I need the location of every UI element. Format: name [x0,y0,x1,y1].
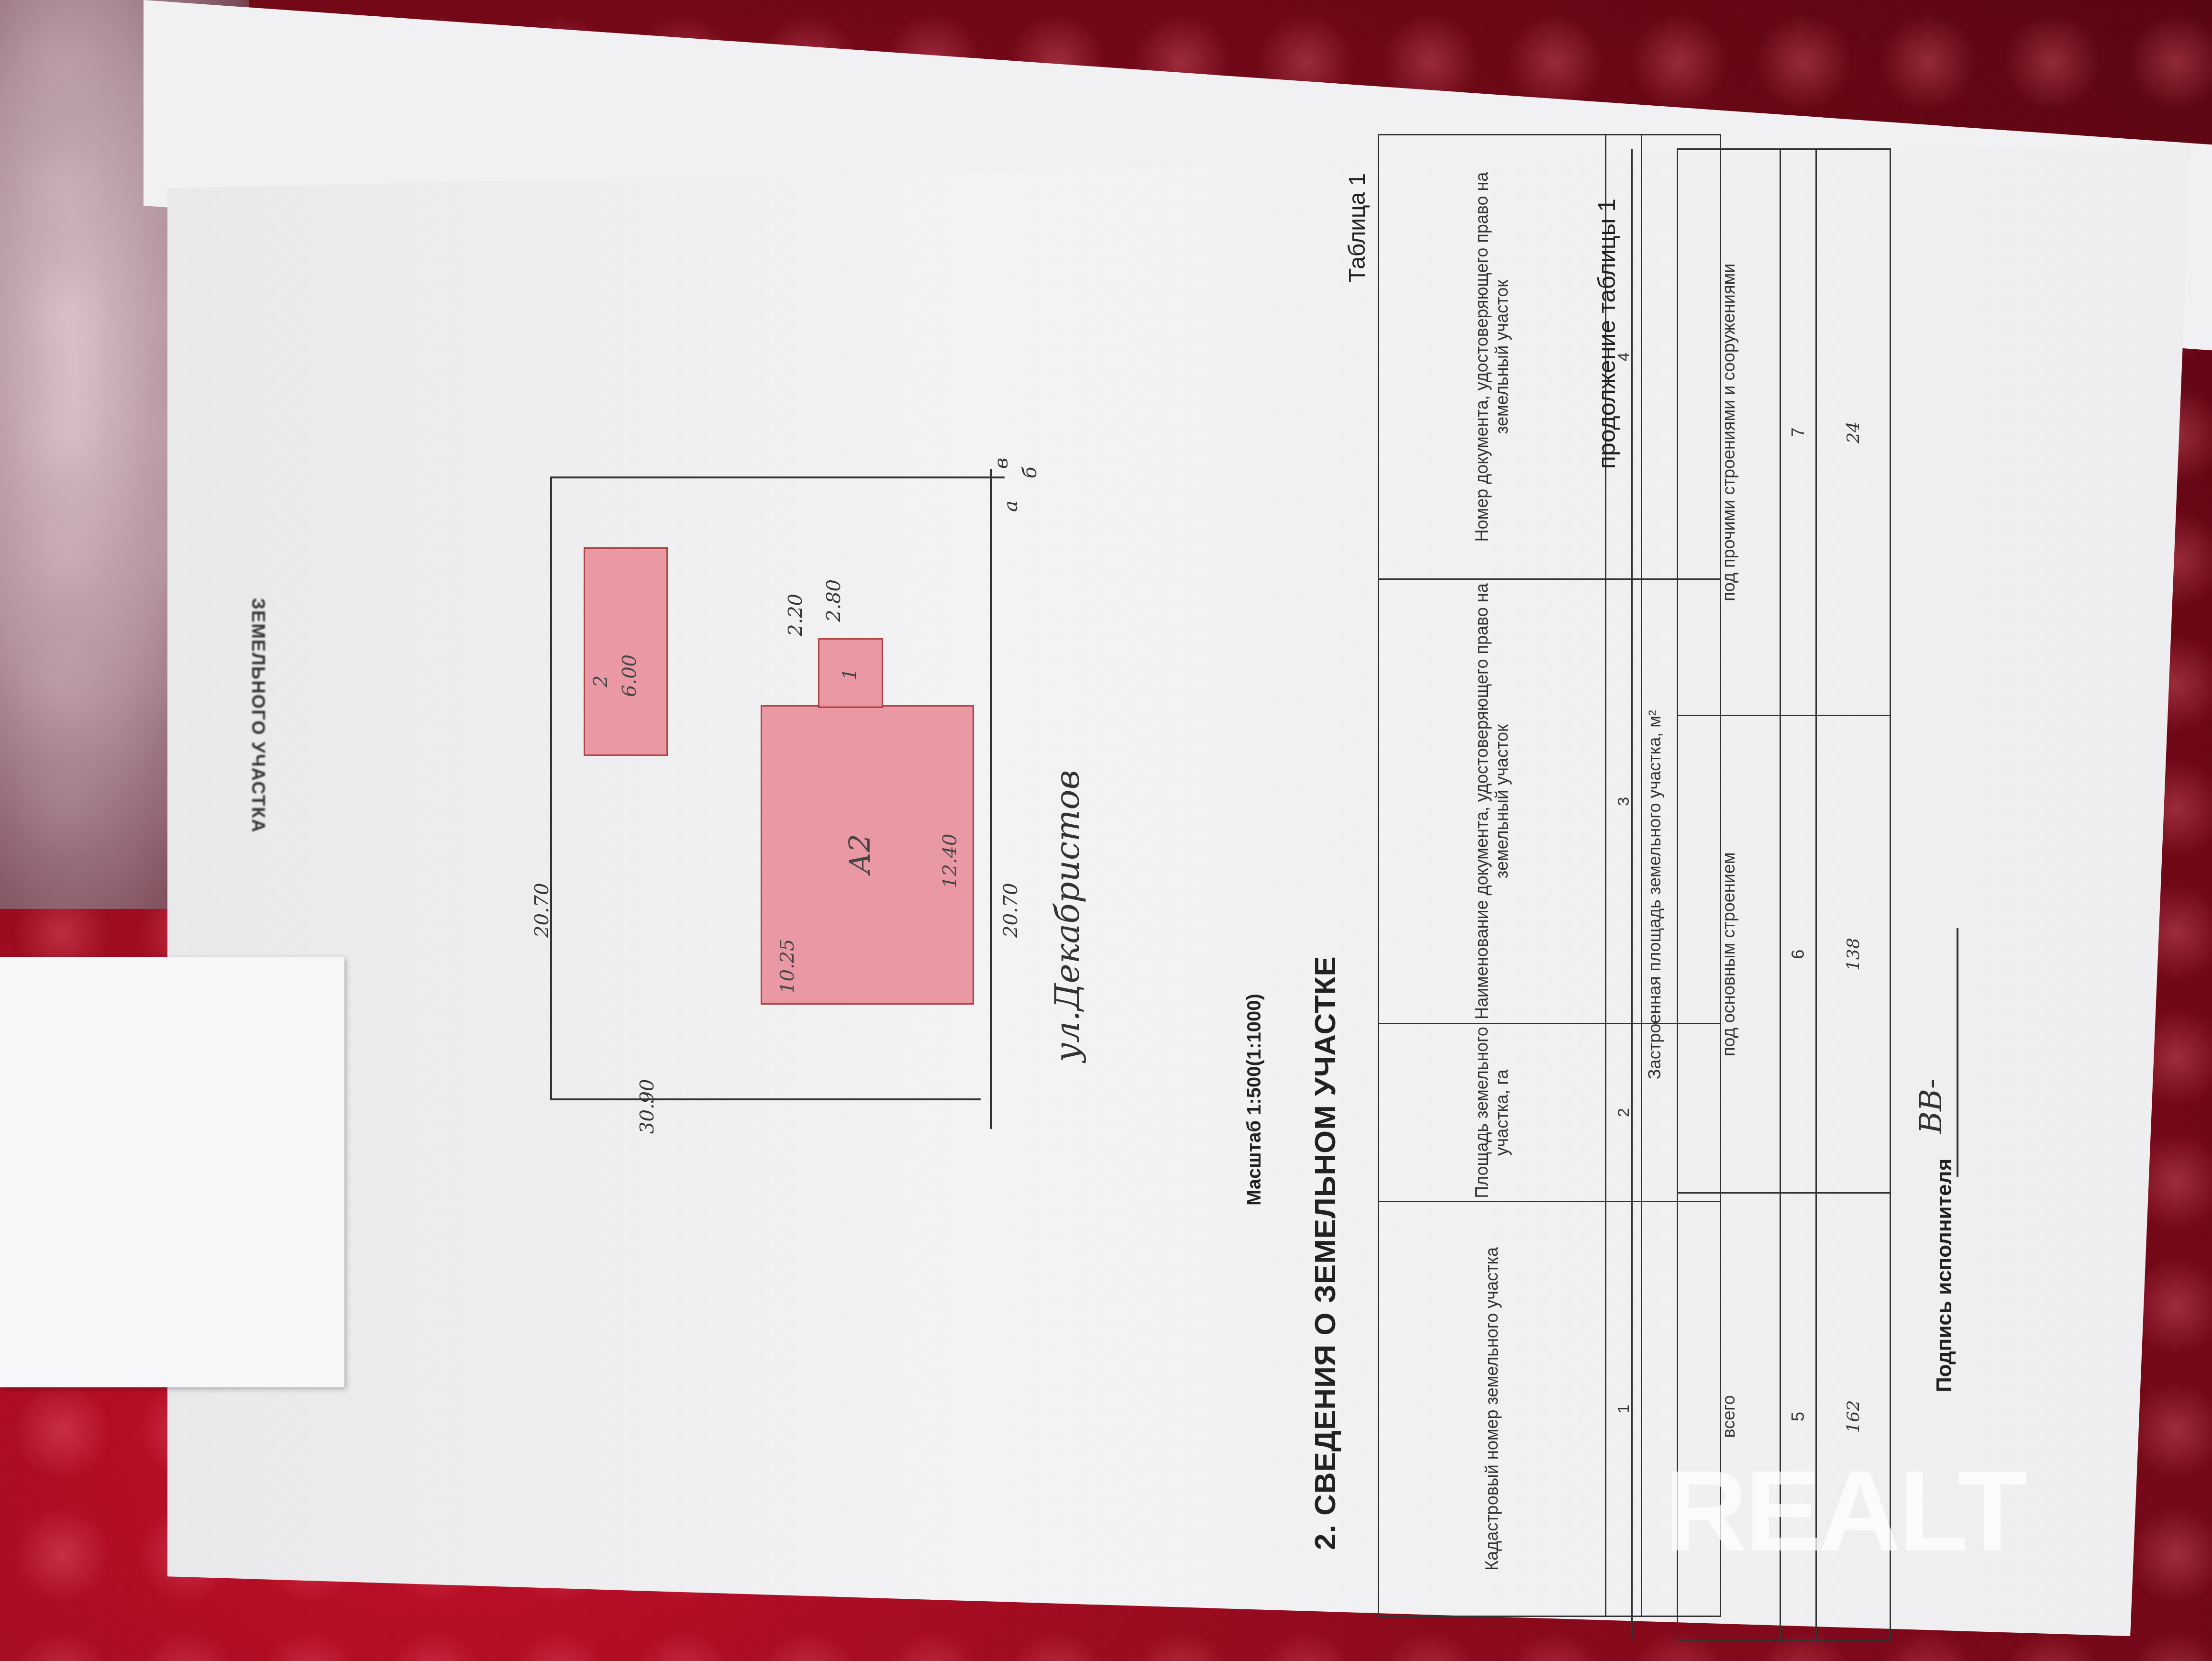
signature-label: Подпись исполнителя [1933,1159,1957,1392]
boundary-left [550,1098,981,1100]
header-main-building: под основным строением [1678,716,1781,1193]
header-document-number: Номер документа, удостоверяющего право н… [1379,135,1606,579]
extension: 1 [818,638,883,708]
header-other-buildings: под прочими строениями и сооружениями [1678,149,1781,716]
boundary-right [550,476,1005,478]
land-plot-form: 2 6.00 А2 10.25 12.40 1 2.20 2.80 20.70 … [1301,163,2212,1550]
section-title: 2. СВЕДЕНИЯ О ЗЕМЕЛЬНОМ УЧАСТКЕ [1308,956,1342,1550]
site-plan: 2 6.00 А2 10.25 12.40 1 2.20 2.80 20.70 … [512,459,1062,1129]
other-buildings-area: 24 [1816,149,1891,716]
table-1-continuation: Застроенная площадь земельного участка, … [1631,148,1891,1641]
main-building-area: 138 [1816,716,1891,1193]
realt-watermark: REALT [1665,1445,2024,1577]
built-area-header: Застроенная площадь земельного участка, … [1632,149,1678,1640]
main-building: А2 10.25 12.40 [761,705,974,1005]
boundary-front [990,469,992,1129]
previous-page-heading: ЗЕМЕЛЬНОГО УЧАСТКА [247,598,268,833]
scale-label: Масштаб 1:500(1:1000) [1244,994,1265,1206]
paper-slip [0,957,344,1387]
signature-line [1957,928,1958,1177]
boundary-top [550,478,552,1100]
signature: ВВ- [1913,1078,1949,1134]
outbuilding: 2 6.00 [584,547,668,756]
table1-continuation-caption: продолжение таблицы 1 [1593,199,1621,469]
table1-caption: Таблица 1 [1344,173,1371,282]
header-document-name: Наименование документа, удостоверяющего … [1379,579,1606,1024]
header-plot-area: Площадь земельного участка, га [1379,1024,1606,1202]
street-name: ул.Декабристов [1048,770,1087,1062]
header-cadastral-number: Кадастровый номер земельного участка [1379,1201,1606,1616]
